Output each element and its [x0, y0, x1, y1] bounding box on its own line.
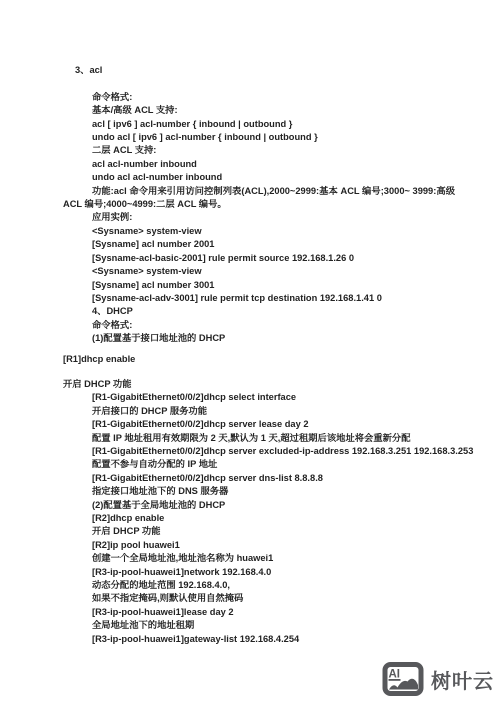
doc-line: acl acl-number inbound: [63, 158, 455, 171]
doc-line: [Sysname] acl number 2001: [63, 238, 455, 251]
doc-line: 配置不参与自动分配的 IP 地址: [63, 458, 455, 471]
doc-line: [Sysname-acl-basic-2001] rule permit sou…: [63, 252, 455, 265]
doc-line: 基本/高级 ACL 支持:: [63, 104, 455, 117]
svg-text:AI: AI: [389, 669, 401, 681]
doc-line: [Sysname] acl number 3001: [63, 279, 455, 292]
doc-line: 指定接口地址池下的 DNS 服务器: [63, 485, 455, 498]
doc-line: acl [ ipv6 ] acl-number { inbound | outb…: [63, 118, 455, 131]
doc-line: 如果不指定掩码,则默认使用自然掩码: [63, 592, 455, 605]
doc-line: (2)配置基于全局地址池的 DHCP: [63, 499, 455, 512]
doc-line: 应用实例:: [63, 211, 455, 224]
doc-line: <Sysname> system-view: [63, 225, 455, 238]
doc-line: [R2]dhcp enable: [63, 512, 455, 525]
ai-image-icon: AI: [382, 660, 424, 698]
doc-line: [R1-GigabitEthernet0/0/2]dhcp server exc…: [63, 445, 455, 458]
doc-line: 命令格式:: [63, 91, 455, 104]
doc-line: [R2]ip pool huawei1: [63, 539, 455, 552]
doc-line: [R1]dhcp enable: [63, 353, 455, 366]
brand-watermark: AI 树叶云: [382, 660, 494, 698]
doc-line: 动态分配的地址范围 192.168.4.0,: [63, 579, 455, 592]
doc-line: 3、acl: [63, 64, 455, 77]
doc-lines: 3、acl 命令格式:基本/高级 ACL 支持:acl [ ipv6 ] acl…: [63, 64, 455, 646]
doc-line: (1)配置基于接口地址池的 DHCP: [63, 332, 455, 345]
doc-line: 4、DHCP: [63, 305, 455, 318]
brand-name: 树叶云: [431, 665, 494, 694]
doc-line: [Sysname-acl-adv-3001] rule permit tcp d…: [63, 292, 455, 305]
doc-line: [R3-ip-pool-huawei1]network 192.168.4.0: [63, 566, 455, 579]
doc-line: 功能:acl 命令用来引用访问控制列表(ACL),2000~2999:基本 AC…: [63, 185, 455, 212]
doc-line: 开启 DHCP 功能: [63, 525, 455, 538]
doc-line: 全局地址池下的地址租期: [63, 619, 455, 632]
doc-line: [R3-ip-pool-huawei1]gateway-list 192.168…: [63, 633, 455, 646]
doc-blank-line: [63, 77, 455, 90]
document-page: 3、acl 命令格式:基本/高级 ACL 支持:acl [ ipv6 ] acl…: [63, 64, 455, 646]
doc-line: 开启接口的 DHCP 服务功能: [63, 405, 455, 418]
doc-line: [R3-ip-pool-huawei1]lease day 2: [63, 606, 455, 619]
doc-line: 二层 ACL 支持:: [63, 144, 455, 157]
doc-line: 创建一个全局地址池,地址池名称为 huawei1: [63, 552, 455, 565]
doc-line: [R1-GigabitEthernet0/0/2]dhcp server dns…: [63, 472, 455, 485]
doc-line: [R1-GigabitEthernet0/0/2]dhcp server lea…: [63, 418, 455, 431]
doc-line: 开启 DHCP 功能: [63, 378, 455, 391]
doc-line: undo acl acl-number inbound: [63, 171, 455, 184]
doc-line: <Sysname> system-view: [63, 265, 455, 278]
doc-line: undo acl [ ipv6 ] acl-number { inbound |…: [63, 131, 455, 144]
doc-line: 命令格式:: [63, 319, 455, 332]
doc-line: 配置 IP 地址租用有效期限为 2 天,默认为 1 天,超过租期后该地址将会重新…: [63, 432, 455, 445]
doc-line: [R1-GigabitEthernet0/0/2]dhcp select int…: [63, 391, 455, 404]
